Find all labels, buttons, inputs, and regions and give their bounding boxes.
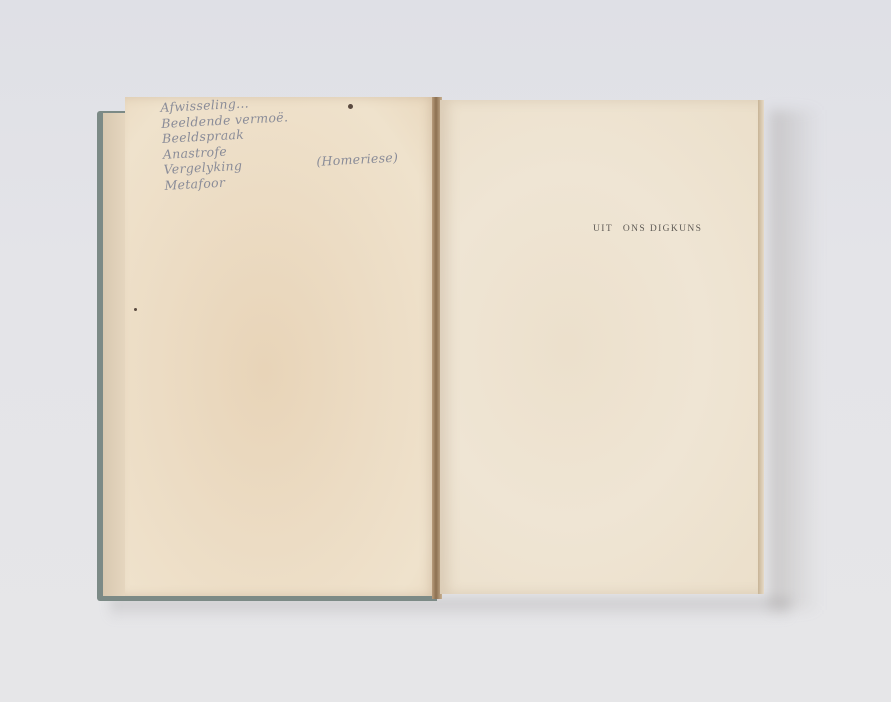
title-word: DIGKUNS <box>650 224 703 234</box>
page-edges <box>758 100 764 594</box>
title-word: UIT <box>593 224 613 234</box>
book-shadow-right <box>770 110 820 610</box>
half-title: UIT ONS DIGKUNS <box>593 224 702 234</box>
book-shadow-bottom <box>110 598 790 620</box>
right-page <box>440 100 760 594</box>
title-word: ONS <box>623 224 646 234</box>
ink-spot-small <box>134 308 137 311</box>
pencil-notes: Afwisseling... Beeldende vermoë. Beeldsp… <box>160 88 399 193</box>
